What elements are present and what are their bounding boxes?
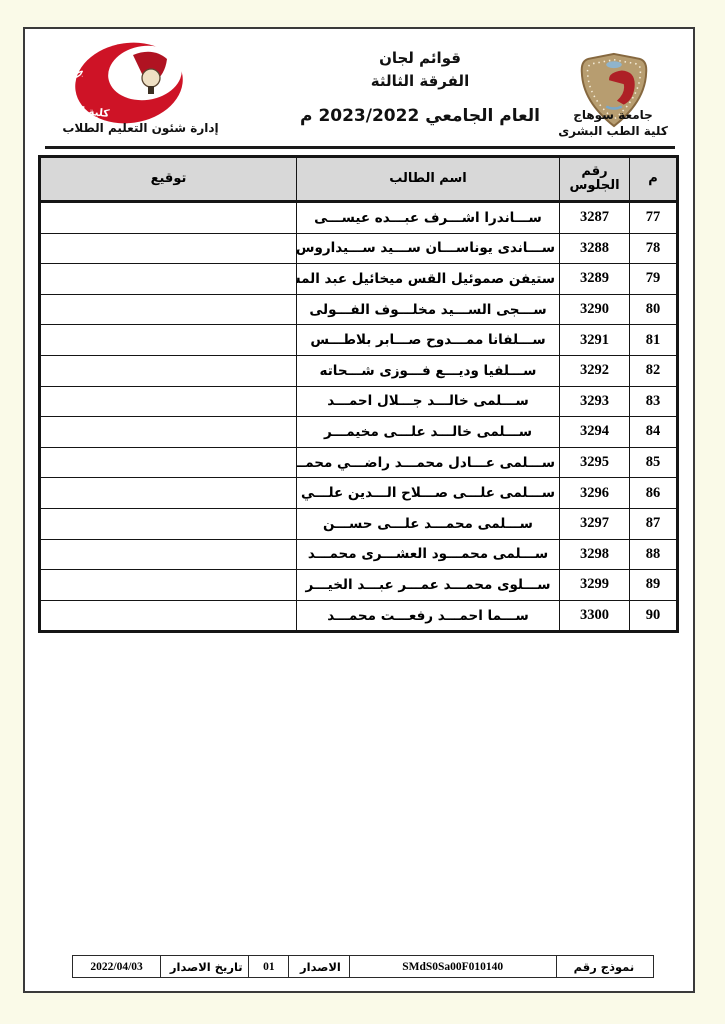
row-student-name: ســـلفيا وديـــع فـــوزى شـــحاته [297, 355, 560, 386]
header-seat-number: رقم الجلوس [560, 157, 630, 202]
row-signature-cell [40, 600, 297, 632]
row-student-name: ســـلمى عـــادل محمـــد راضـــي محمـــد [297, 447, 560, 478]
row-serial: 87 [630, 508, 678, 539]
department-text: إدارة شئون التعليم الطلاب [43, 121, 238, 135]
row-signature-cell [40, 478, 297, 509]
row-student-name: ستيفن صموئيل القس ميخائيل عبد المسيح [297, 264, 560, 295]
row-student-name: ســـجى الســـيد مخلـــوف الفـــولى [297, 294, 560, 325]
row-signature-cell [40, 386, 297, 417]
row-serial: 80 [630, 294, 678, 325]
row-seat-number: 3288 [560, 233, 630, 264]
table-header-row: م رقم الجلوس اسم الطالب توقيع [40, 157, 678, 202]
row-student-name: ســـاندى يوناســـان ســـيد ســـيداروس [297, 233, 560, 264]
row-student-name: ســـلمى محمـــود العشـــرى محمـــد [297, 539, 560, 570]
header-serial: م [630, 157, 678, 202]
university-name: جامعة سوهاج [537, 107, 689, 123]
form-info-table: نموذج رقم SMdS0Sa00F010140 الاصدار 01 تا… [72, 955, 654, 978]
row-serial: 86 [630, 478, 678, 509]
row-signature-cell [40, 202, 297, 234]
document-title: قوائم لجان الفرقة الثالثة العام الجامعي … [265, 47, 575, 127]
row-student-name: ســـلمى خالـــد علـــى مخيمـــر [297, 417, 560, 448]
table-row: 78 3288 ســـاندى يوناســـان ســـيد ســـي… [40, 233, 678, 264]
faculty-crescent-logo-icon: جامعة سوهاج كلية الطب [71, 41, 191, 125]
students-roster-table: م رقم الجلوس اسم الطالب توقيع 77 3287 سـ… [38, 155, 679, 633]
header-student-name: اسم الطالب [297, 157, 560, 202]
row-seat-number: 3289 [560, 264, 630, 295]
row-signature-cell [40, 570, 297, 601]
row-signature-cell [40, 508, 297, 539]
version-label: الاصدار [289, 956, 349, 978]
row-seat-number: 3290 [560, 294, 630, 325]
table-row: 80 3290 ســـجى الســـيد مخلـــوف الفـــو… [40, 294, 678, 325]
row-seat-number: 3298 [560, 539, 630, 570]
row-signature-cell [40, 233, 297, 264]
row-seat-number: 3300 [560, 600, 630, 632]
table-row: 87 3297 ســـلمى محمـــد علـــى حســـن [40, 508, 678, 539]
form-number-label: نموذج رقم [556, 956, 653, 978]
table-row: 88 3298 ســـلمى محمـــود العشـــرى محمــ… [40, 539, 678, 570]
row-signature-cell [40, 264, 297, 295]
header-separator-line [45, 146, 675, 149]
row-serial: 77 [630, 202, 678, 234]
row-student-name: ســـلمى محمـــد علـــى حســـن [297, 508, 560, 539]
table-row: 77 3287 ســـاندرا اشـــرف عبـــده عيســـ… [40, 202, 678, 234]
row-signature-cell [40, 294, 297, 325]
row-serial: 85 [630, 447, 678, 478]
row-seat-number: 3292 [560, 355, 630, 386]
row-student-name: ســـلفانا ممـــدوح صـــابر بلاطـــس [297, 325, 560, 356]
table-row: 84 3294 ســـلمى خالـــد علـــى مخيمـــر [40, 417, 678, 448]
table-row: 79 3289 ستيفن صموئيل القس ميخائيل عبد ال… [40, 264, 678, 295]
header-signature: توقيع [40, 157, 297, 202]
row-seat-number: 3287 [560, 202, 630, 234]
header-seat-line1: رقم [561, 165, 628, 179]
row-signature-cell [40, 325, 297, 356]
header-seat-line2: الجلوس [561, 179, 628, 193]
issue-date-value: 2022/04/03 [73, 956, 161, 978]
row-signature-cell [40, 355, 297, 386]
table-row: 90 3300 ســـما احمـــد رفعـــت محمـــد [40, 600, 678, 632]
row-seat-number: 3291 [560, 325, 630, 356]
row-student-name: ســـاندرا اشـــرف عبـــده عيســـى [297, 202, 560, 234]
right-organization-text: جامعة سوهاج كلية الطب البشرى [537, 107, 689, 139]
title-line-1: قوائم لجان [265, 47, 575, 70]
row-seat-number: 3296 [560, 478, 630, 509]
form-number-value: SMdS0Sa00F010140 [349, 956, 556, 978]
table-row: 86 3296 ســـلمى علـــى صـــلاح الـــدين … [40, 478, 678, 509]
row-serial: 81 [630, 325, 678, 356]
row-serial: 78 [630, 233, 678, 264]
row-student-name: ســـلوى محمـــد عمـــر عبـــد الخيـــر [297, 570, 560, 601]
title-line-2: الفرقة الثالثة [265, 70, 575, 93]
row-serial: 90 [630, 600, 678, 632]
row-signature-cell [40, 447, 297, 478]
row-serial: 84 [630, 417, 678, 448]
row-seat-number: 3299 [560, 570, 630, 601]
table-row: 85 3295 ســـلمى عـــادل محمـــد راضـــي … [40, 447, 678, 478]
table-row: 82 3292 ســـلفيا وديـــع فـــوزى شـــحات… [40, 355, 678, 386]
issue-date-label: تاريخ الاصدار [161, 956, 249, 978]
row-seat-number: 3294 [560, 417, 630, 448]
row-signature-cell [40, 417, 297, 448]
row-student-name: ســـما احمـــد رفعـــت محمـــد [297, 600, 560, 632]
form-info-row: نموذج رقم SMdS0Sa00F010140 الاصدار 01 تا… [73, 956, 654, 978]
table-row: 89 3299 ســـلوى محمـــد عمـــر عبـــد ال… [40, 570, 678, 601]
row-serial: 79 [630, 264, 678, 295]
faculty-name: كلية الطب البشرى [537, 123, 689, 139]
version-value: 01 [249, 956, 289, 978]
row-student-name: ســـلمى خالـــد جـــلال احمـــد [297, 386, 560, 417]
title-line-3: العام الجامعي 2023/2022 م [265, 105, 575, 127]
row-serial: 82 [630, 355, 678, 386]
row-seat-number: 3295 [560, 447, 630, 478]
row-student-name: ســـلمى علـــى صـــلاح الـــدين علـــي [297, 478, 560, 509]
row-signature-cell [40, 539, 297, 570]
row-seat-number: 3293 [560, 386, 630, 417]
row-serial: 83 [630, 386, 678, 417]
table-row: 83 3293 ســـلمى خالـــد جـــلال احمـــد [40, 386, 678, 417]
row-serial: 89 [630, 570, 678, 601]
scanned-document: { "header": { "right_org_line1": "جامعة … [0, 0, 725, 1024]
row-serial: 88 [630, 539, 678, 570]
document-page: قوائم لجان الفرقة الثالثة العام الجامعي … [23, 27, 695, 993]
row-seat-number: 3297 [560, 508, 630, 539]
table-row: 81 3291 ســـلفانا ممـــدوح صـــابر بلاطـ… [40, 325, 678, 356]
